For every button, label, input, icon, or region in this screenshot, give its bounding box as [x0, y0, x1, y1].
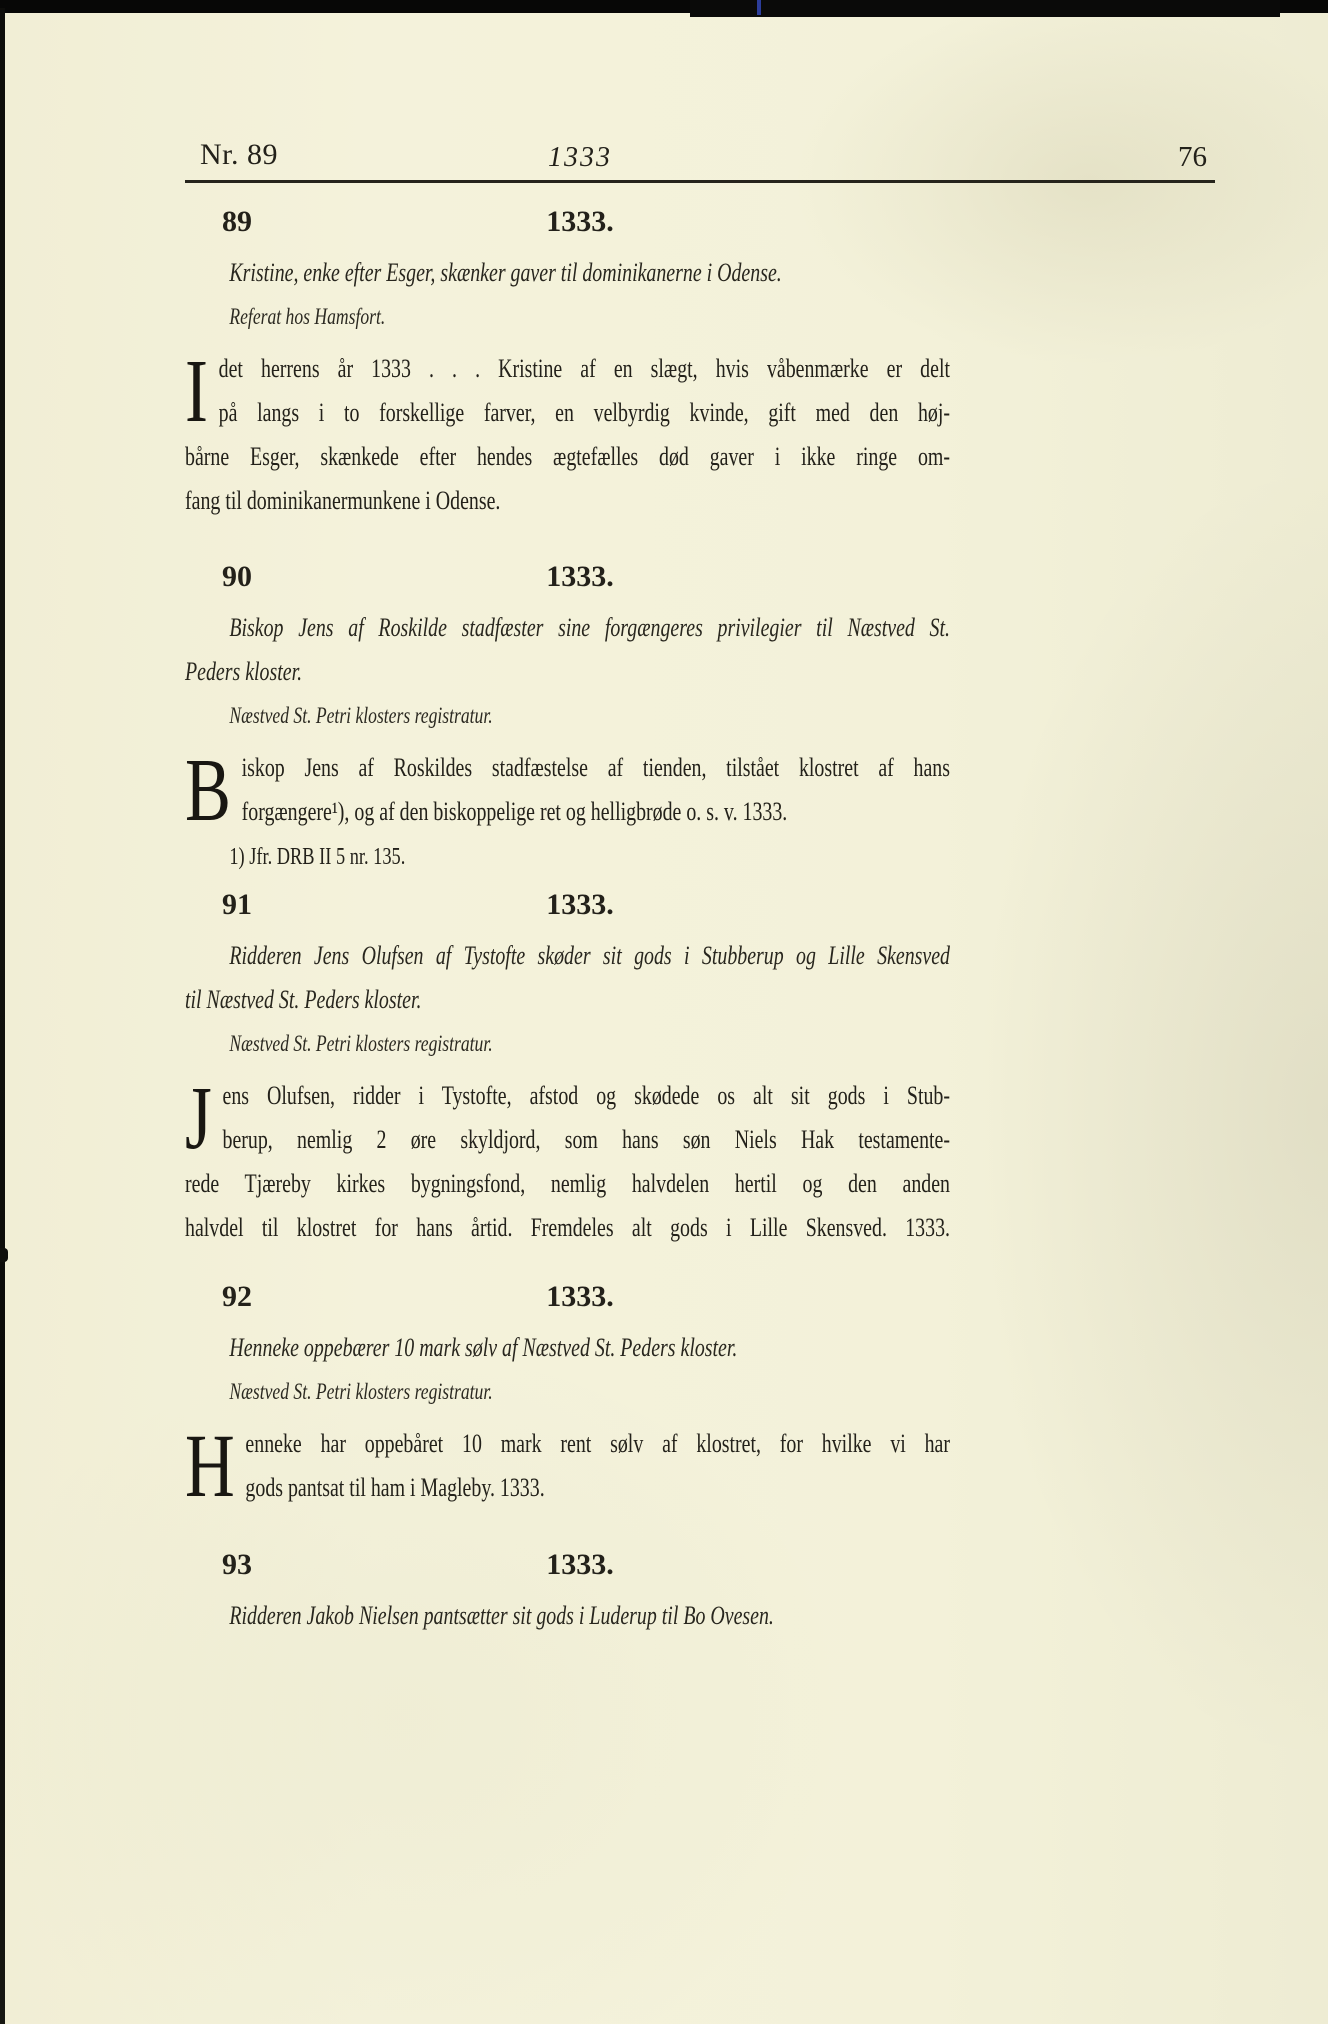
body-line: ens Olufsen, ridder i Tystofte, afstod o…: [185, 1074, 950, 1118]
entry-year: 1333.: [450, 888, 710, 922]
summary-line: Ridderen Jens Olufsen af Tystofte skøder…: [185, 934, 950, 978]
entry-summary: Ridderen Jakob Nielsen pantsætter sit go…: [185, 1594, 950, 1638]
drop-cap: J: [185, 1076, 212, 1162]
entry-summary: Kristine, enke efter Esger, skænker gave…: [185, 251, 950, 295]
scan-edge-mark: [0, 1248, 8, 1262]
summary-line: Kristine, enke efter Esger, skænker gave…: [185, 251, 950, 295]
entry-heading: 92 1333.: [0, 1280, 1328, 1324]
summary-line: Ridderen Jakob Nielsen pantsætter sit go…: [185, 1594, 950, 1638]
body-line: enneke har oppebåret 10 mark rent sølv a…: [185, 1422, 950, 1466]
summary-line: Peders kloster.: [185, 650, 950, 694]
entry-body: I det herrens år 1333 . . . Kristine af …: [185, 347, 950, 523]
entry-year: 1333.: [450, 1548, 710, 1582]
header-rule: [185, 180, 1215, 183]
body-line: forgængere¹), og af den biskoppelige ret…: [185, 790, 950, 834]
entry-source: Referat hos Hamsfort.: [185, 302, 950, 332]
entry-year: 1333.: [450, 1280, 710, 1314]
summary-line: Henneke oppebærer 10 mark sølv af Næstve…: [185, 1326, 950, 1370]
body-line: på langs i to forskellige farver, en vel…: [185, 391, 950, 435]
footnote: 1) Jfr. DRB II 5 nr. 135.: [185, 842, 950, 872]
body-line: gods pantsat til ham i Magleby. 1333.: [185, 1466, 950, 1510]
drop-cap: I: [185, 349, 208, 435]
entry-year: 1333.: [450, 560, 710, 594]
entry-body: J ens Olufsen, ridder i Tystofte, afstod…: [185, 1074, 950, 1250]
summary-line: til Næstved St. Peders kloster.: [185, 978, 950, 1022]
body-line: iskop Jens af Roskildes stadfæstelse af …: [185, 746, 950, 790]
running-head-year: 1333: [450, 142, 710, 174]
entry-body: B iskop Jens af Roskildes stadfæstelse a…: [185, 746, 950, 834]
running-head-entry-ref: Nr. 89: [200, 138, 278, 172]
entry-summary: Ridderen Jens Olufsen af Tystofte skøder…: [185, 934, 950, 1022]
entry-92: 92 1333. Henneke oppebærer 10 mark sølv …: [0, 1280, 1328, 1510]
summary-line: Biskop Jens af Roskilde stadfæster sine …: [185, 606, 950, 650]
entry-heading: 93 1333.: [0, 1548, 1328, 1592]
entry-number: 91: [222, 888, 252, 922]
entry-heading: 91 1333.: [0, 888, 1328, 932]
body-line: bårne Esger, skænkede efter hendes ægtef…: [185, 435, 950, 479]
entry-source: Næstved St. Petri klosters registratur.: [185, 1377, 950, 1407]
drop-cap: B: [185, 748, 231, 834]
entry-year: 1333.: [450, 205, 710, 239]
entry-heading: 89 1333.: [0, 205, 1328, 249]
scanned-book-page: Nr. 89 1333 76 89 1333. Kristine, enke e…: [0, 0, 1328, 2024]
body-line: halvdel til klostret for hans årtid. Fre…: [185, 1206, 950, 1250]
entry-90: 90 1333. Biskop Jens af Roskilde stadfæs…: [0, 560, 1328, 872]
entry-89: 89 1333. Kristine, enke efter Esger, skæ…: [0, 205, 1328, 523]
running-head: Nr. 89 1333 76: [0, 0, 1328, 190]
drop-cap: H: [185, 1424, 235, 1510]
entry-number: 92: [222, 1280, 252, 1314]
entry-source: Næstved St. Petri klosters registratur.: [185, 701, 950, 731]
entry-summary: Biskop Jens af Roskilde stadfæster sine …: [185, 606, 950, 694]
entry-source: Næstved St. Petri klosters registratur.: [185, 1029, 950, 1059]
entry-93: 93 1333. Ridderen Jakob Nielsen pantsætt…: [0, 1548, 1328, 1638]
entry-body: H enneke har oppebåret 10 mark rent sølv…: [185, 1422, 950, 1510]
entry-summary: Henneke oppebærer 10 mark sølv af Næstve…: [185, 1326, 950, 1370]
body-line: fang til dominikanermunkene i Odense.: [185, 479, 950, 523]
body-line: berup, nemlig 2 øre skyldjord, som hans …: [185, 1118, 950, 1162]
entry-number: 93: [222, 1548, 252, 1582]
body-line: rede Tjæreby kirkes bygningsfond, nemlig…: [185, 1162, 950, 1206]
entry-number: 89: [222, 205, 252, 239]
page-number: 76: [1178, 141, 1207, 174]
entry-number: 90: [222, 560, 252, 594]
entry-91: 91 1333. Ridderen Jens Olufsen af Tystof…: [0, 888, 1328, 1250]
entry-heading: 90 1333.: [0, 560, 1328, 604]
body-line: det herrens år 1333 . . . Kristine af en…: [185, 347, 950, 391]
